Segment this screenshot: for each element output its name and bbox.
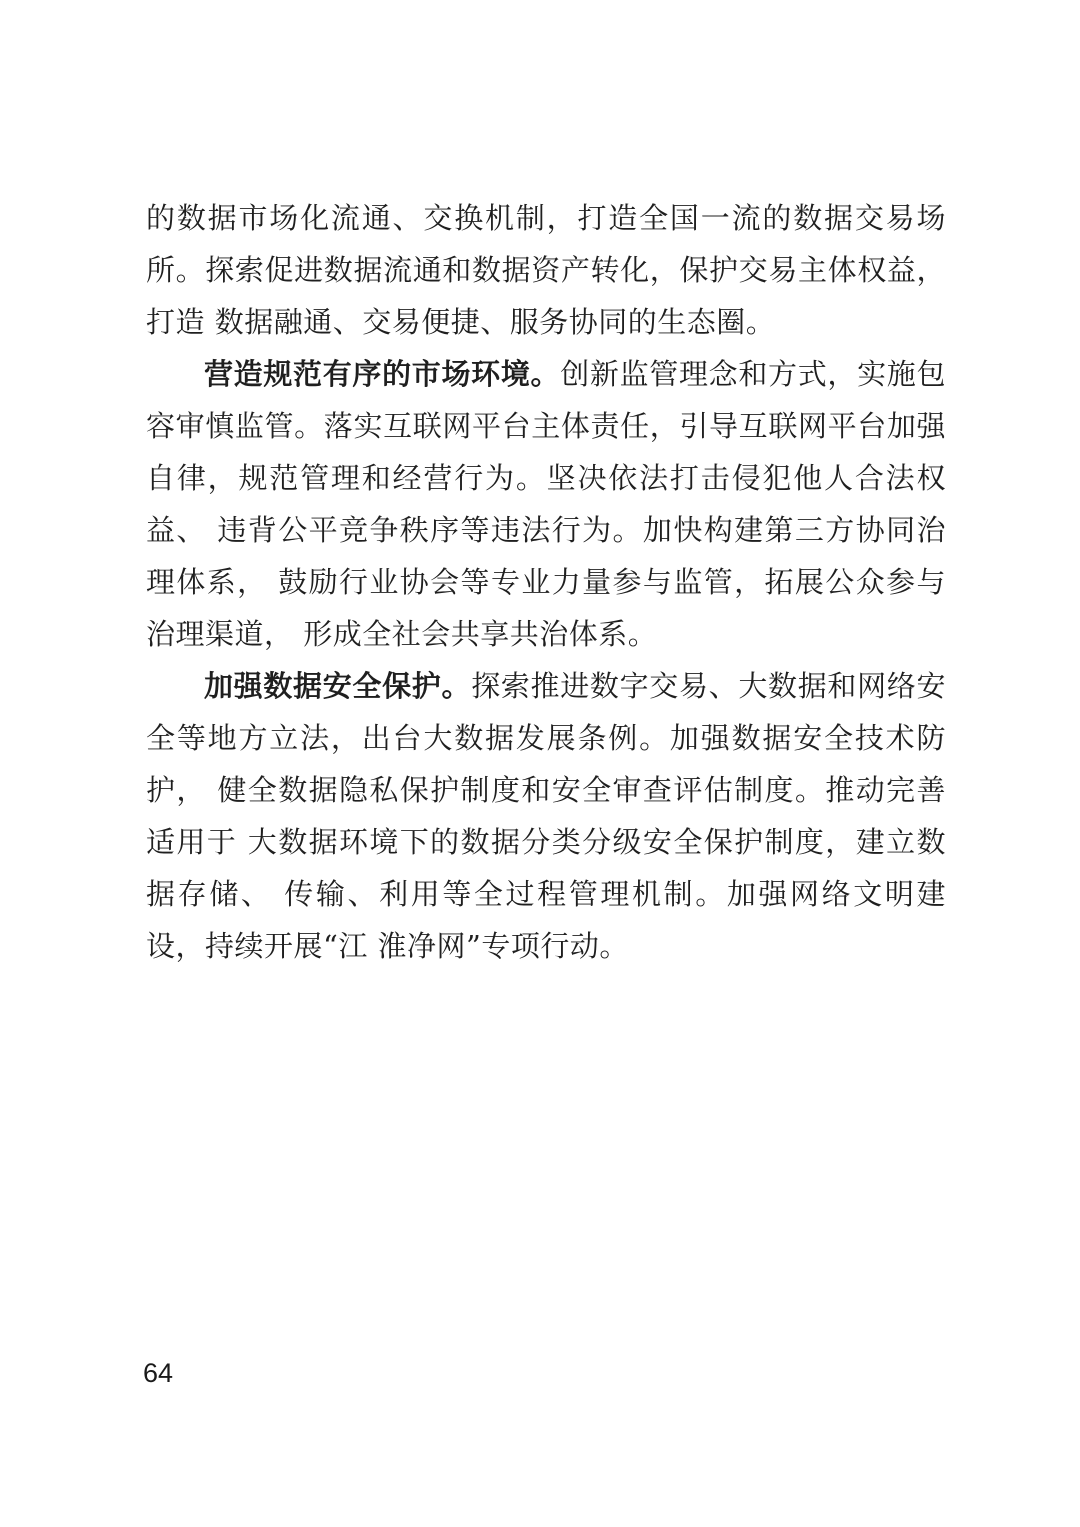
document-body: 的数据市场化流通、交换机制，打造全国一流的数据交易场所。探索促进数据流通和数据资… [146,192,946,972]
paragraph-data-market-circulation: 的数据市场化流通、交换机制，打造全国一流的数据交易场所。探索促进数据流通和数据资… [146,192,946,348]
section-heading-data-security: 加强数据安全保护。 [204,669,471,703]
paragraph-body-text: 的数据市场化流通、交换机制，打造全国一流的数据交易场所。探索促进数据流通和数据资… [146,201,946,339]
section-heading-market-environment: 营造规范有序的市场环境。 [204,357,560,391]
page-number: 64 [143,1358,173,1389]
paragraph-data-security: 加强数据安全保护。探索推进数字交易、大数据和网络安全等地方立法，出台大数据发展条… [146,660,946,972]
document-page: 的数据市场化流通、交换机制，打造全国一流的数据交易场所。探索促进数据流通和数据资… [0,0,1080,1527]
paragraph-body-text: 探索推进数字交易、大数据和网络安全等地方立法，出台大数据发展条例。加强数据安全技… [146,669,946,963]
paragraph-body-text: 创新监管理念和方式，实施包容审慎监管。落实互联网平台主体责任，引导互联网平台加强… [146,357,946,651]
paragraph-market-environment: 营造规范有序的市场环境。创新监管理念和方式，实施包容审慎监管。落实互联网平台主体… [146,348,946,660]
